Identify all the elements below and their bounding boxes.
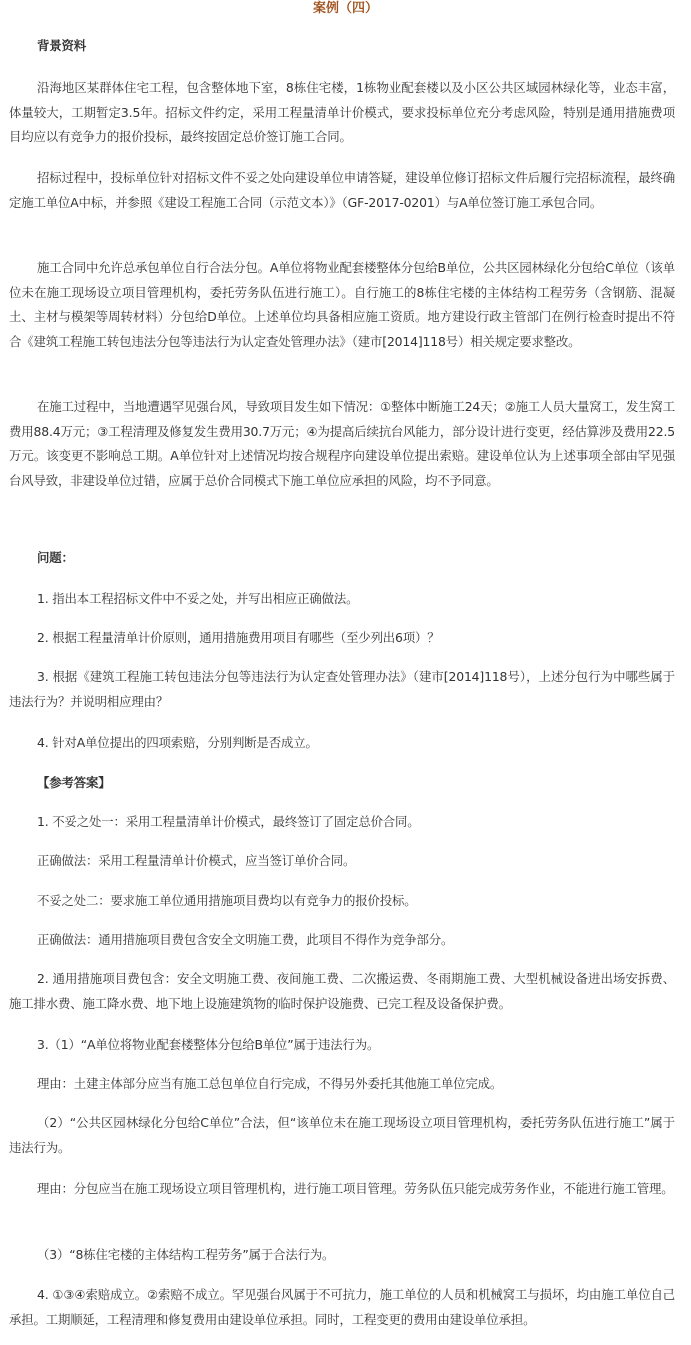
question-item: 3. 根据《建筑工程施工转包违法分包等违法行为认定查处管理办法》（建市[2014… (9, 665, 675, 714)
background-paragraph: 沿海地区某群体住宅工程，包含整体地下室，8栋住宅楼，1栋物业配套楼以及小区公共区… (9, 76, 675, 150)
background-paragraph: 在施工过程中，当地遭遇罕见强台风，导致项目发生如下情况：①整体中断施工24天；②… (9, 395, 675, 493)
questions-heading: 问题： (9, 546, 675, 571)
case-title: 案例（四） (0, 0, 691, 18)
background-heading: 背景资料 (9, 34, 675, 59)
answer-item: （3）“8栋住宅楼的主体结构工程劳务”属于合法行为。 (9, 1243, 675, 1268)
question-item: 2. 根据工程量清单计价原则，通用措施费用项目有哪些（至少列出6项）？ (9, 626, 675, 651)
background-paragraph: 施工合同中允许总承包单位自行合法分包。A单位将物业配套楼整体分包给B单位，公共区… (9, 256, 675, 354)
answer-item: 正确做法：采用工程量清单计价模式，应当签订单价合同。 (9, 849, 675, 874)
answer-item: （2）“公共区园林绿化分包给C单位”合法，但“该单位未在施工现场设立项目管理机构… (9, 1111, 675, 1160)
question-item: 4. 针对A单位提出的四项索赔，分别判断是否成立。 (9, 731, 675, 756)
background-paragraph: 招标过程中，投标单位针对招标文件不妥之处向建设单位申请答疑，建设单位修订招标文件… (9, 166, 675, 215)
answer-item: 不妥之处二：要求施工单位通用措施项目费均以有竞争力的报价投标。 (9, 889, 675, 914)
answers-heading: 【参考答案】 (9, 771, 675, 796)
answer-item: 理由：分包应当在施工现场设立项目管理机构，进行施工项目管理。劳务队伍只能完成劳务… (9, 1177, 675, 1202)
answer-item: 3.（1）“A单位将物业配套楼整体分包给B单位”属于违法行为。 (9, 1033, 675, 1058)
answer-item: 1. 不妥之处一：采用工程量清单计价模式，最终签订了固定总价合同。 (9, 810, 675, 835)
answer-item: 2. 通用措施项目费包含：安全文明施工费、夜间施工费、二次搬运费、冬雨期施工费、… (9, 967, 675, 1016)
answer-item: 正确做法：通用措施项目费包含安全文明施工费，此项目不得作为竞争部分。 (9, 928, 675, 953)
answer-item: 4. ①③④索赔成立。②索赔不成立。罕见强台风属于不可抗力，施工单位的人员和机械… (9, 1283, 675, 1332)
answer-item: 理由：土建主体部分应当有施工总包单位自行完成，不得另外委托其他施工单位完成。 (9, 1072, 675, 1097)
question-item: 1. 指出本工程招标文件中不妥之处，并写出相应正确做法。 (9, 587, 675, 612)
